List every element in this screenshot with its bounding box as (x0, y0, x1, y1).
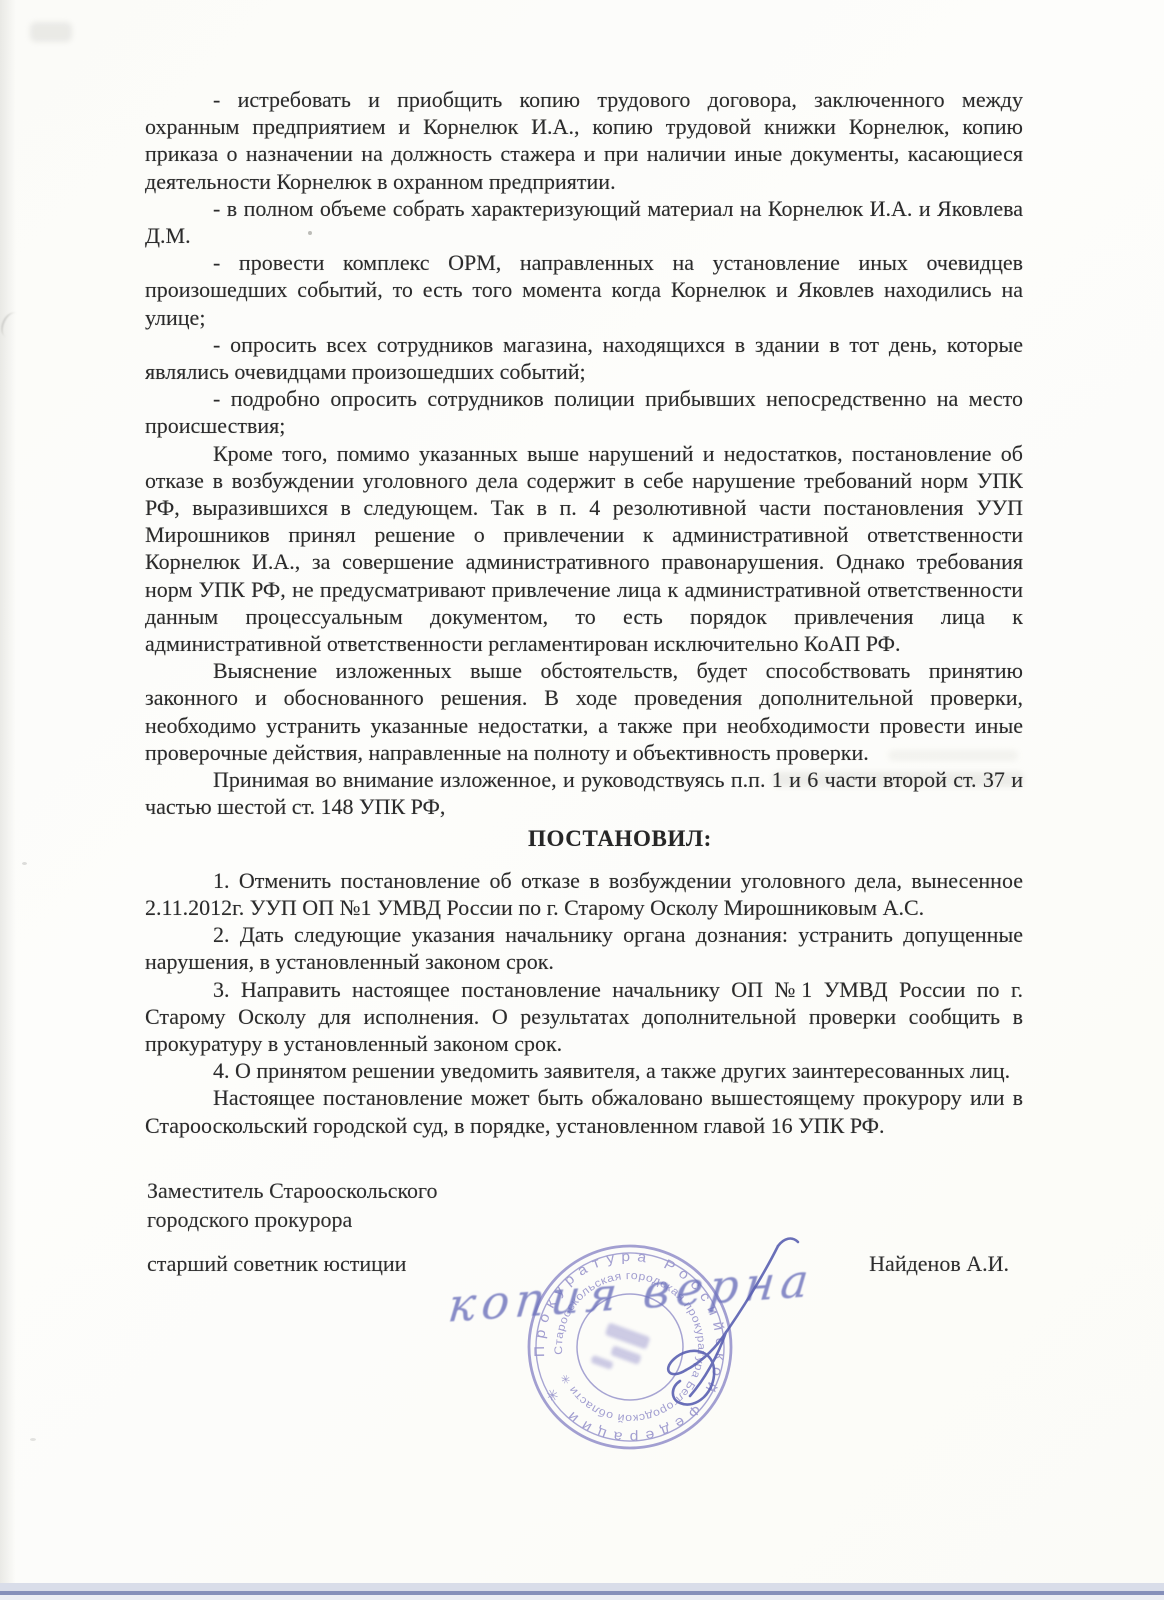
scan-artifact (30, 1438, 36, 1441)
resolution-item: 1. Отменить постановление об отказе в во… (145, 867, 1023, 921)
directive-item: - подробно опросить сотрудников полиции … (145, 385, 1023, 439)
signatory-position-line1: Заместитель Старооскольского (147, 1176, 438, 1205)
body-paragraph: Кроме того, помимо указанных выше наруше… (145, 440, 1023, 658)
signatory-name: Найденов А.И. (869, 1251, 1009, 1277)
directive-item: - в полном объеме собрать характеризующи… (145, 195, 1023, 249)
resolution-heading: ПОСТАНОВИЛ: (145, 825, 1023, 852)
signature-stroke (778, 1239, 798, 1246)
scan-edge-shadow (0, 0, 16, 1600)
signatory-rank: старший советник юстиции (147, 1251, 406, 1277)
directive-item: - истребовать и приобщить копию трудовог… (145, 86, 1023, 195)
resolution-item: 4. О принятом решении уведомить заявител… (145, 1057, 1023, 1084)
signatory-position-line2: городского прокурора (147, 1205, 438, 1234)
scanner-edge-band (0, 1595, 1164, 1600)
signatory-block: Заместитель Старооскольского городского … (147, 1176, 438, 1234)
appeal-note: Настоящее постановление может быть обжал… (145, 1084, 1023, 1138)
scanner-edge-band (0, 1583, 1164, 1591)
handwritten-signature (628, 1228, 803, 1408)
scan-artifact (30, 22, 72, 42)
resolution-item: 3. Направить настоящее постановление нач… (145, 976, 1023, 1058)
directive-item: - опросить всех сотрудников магазина, на… (145, 331, 1023, 385)
body-paragraph: Принимая во внимание изложенное, и руков… (145, 766, 1023, 820)
scanned-document-page: - истребовать и приобщить копию трудовог… (0, 0, 1164, 1600)
directive-item: - провести комплекс ОРМ, направленных на… (145, 249, 1023, 331)
scan-artifact (22, 862, 27, 865)
resolution-item: 2. Дать следующие указания начальнику ор… (145, 921, 1023, 975)
body-paragraph: Выяснение изложенных выше обстоятельств,… (145, 657, 1023, 766)
document-body: - истребовать и приобщить копию трудовог… (145, 86, 1023, 1139)
